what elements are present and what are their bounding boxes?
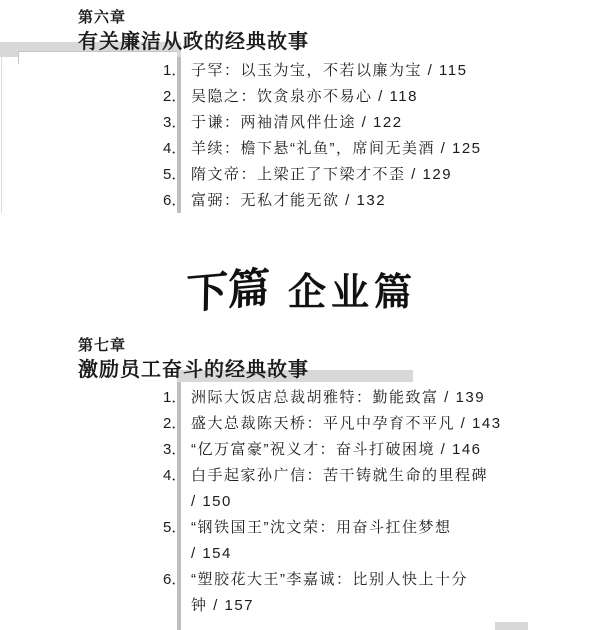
toc-list-chapter-seven: 1． 洲际大饭店总裁胡雅特：勤能致富 / 139 2． 盛大总裁陈天桥：平凡中孕… bbox=[163, 385, 563, 619]
toc-item: 1． 子罕：以玉为宝，不若以廉为宝 / 115 bbox=[163, 58, 563, 84]
chapter-title: 有关廉洁从政的经典故事 bbox=[78, 25, 309, 54]
item-number: 3． bbox=[163, 437, 186, 463]
item-number: 2． bbox=[163, 84, 186, 110]
toc-item: 4． 白手起家孙广信：苦干铸就生命的里程碑 / 150 bbox=[163, 463, 563, 515]
item-number: 6． bbox=[163, 567, 186, 593]
toc-item: 3． 于谦：两袖清风伴仕途 / 122 bbox=[163, 110, 563, 136]
toc-item: 5． 隋文帝：上梁正了下梁才不歪 / 129 bbox=[163, 162, 563, 188]
item-line: “钢铁国王”沈文荣：用奋斗扛住梦想 bbox=[191, 515, 563, 541]
item-line: / 150 bbox=[191, 489, 563, 515]
chapter-label: 第七章 bbox=[78, 334, 126, 355]
toc-item: 4． 羊续：檐下悬“礼鱼”，席间无美酒 / 125 bbox=[163, 136, 563, 162]
toc-item: 1． 洲际大饭店总裁胡雅特：勤能致富 / 139 bbox=[163, 385, 563, 411]
item-line: “塑胶花大王”李嘉诚：比别人快上十分 bbox=[191, 567, 563, 593]
part-divider-script: 下篇 bbox=[186, 254, 271, 322]
item-line: 洲际大饭店总裁胡雅特：勤能致富 / 139 bbox=[191, 385, 563, 411]
toc-item: 6． “塑胶花大王”李嘉诚：比别人快上十分 钟 / 157 bbox=[163, 567, 563, 619]
toc-item: 5． “钢铁国王”沈文荣：用奋斗扛住梦想 / 154 bbox=[163, 515, 563, 567]
item-line: 于谦：两袖清风伴仕途 / 122 bbox=[191, 110, 563, 136]
item-line: 钟 / 157 bbox=[191, 593, 563, 619]
item-number: 5． bbox=[163, 162, 186, 188]
next-section-shadow-peek bbox=[495, 622, 528, 630]
toc-item: 2． 吴隐之：饮贪泉亦不易心 / 118 bbox=[163, 84, 563, 110]
item-number: 2． bbox=[163, 411, 186, 437]
toc-item: 2． 盛大总裁陈天桥：平凡中孕育不平凡 / 143 bbox=[163, 411, 563, 437]
item-number: 4． bbox=[163, 463, 186, 489]
item-line: 富弼：无私才能无欲 / 132 bbox=[191, 188, 563, 214]
toc-page: 第六章 有关廉洁从政的经典故事 1． 子罕：以玉为宝，不若以廉为宝 / 115 … bbox=[0, 0, 600, 630]
item-number: 4． bbox=[163, 136, 186, 162]
part-divider: 下篇 企业篇 bbox=[186, 258, 417, 318]
item-line: 隋文帝：上梁正了下梁才不歪 / 129 bbox=[191, 162, 563, 188]
toc-list-chapter-six: 1． 子罕：以玉为宝，不若以廉为宝 / 115 2． 吴隐之：饮贪泉亦不易心 /… bbox=[163, 58, 563, 214]
chapter-title: 激励员工奋斗的经典故事 bbox=[78, 353, 309, 382]
item-line: 盛大总裁陈天桥：平凡中孕育不平凡 / 143 bbox=[191, 411, 563, 437]
list-left-hairline bbox=[1, 57, 2, 213]
item-number: 3． bbox=[163, 110, 186, 136]
item-line: 羊续：檐下悬“礼鱼”，席间无美酒 / 125 bbox=[191, 136, 563, 162]
part-divider-title: 企业篇 bbox=[288, 261, 417, 316]
item-line: “亿万富豪”祝义才：奋斗打破困境 / 146 bbox=[191, 437, 563, 463]
item-number: 1． bbox=[163, 58, 186, 84]
chapter-label: 第六章 bbox=[78, 6, 126, 27]
toc-item: 6． 富弼：无私才能无欲 / 132 bbox=[163, 188, 563, 214]
item-line: 吴隐之：饮贪泉亦不易心 / 118 bbox=[191, 84, 563, 110]
toc-item: 3． “亿万富豪”祝义才：奋斗打破困境 / 146 bbox=[163, 437, 563, 463]
item-line: 子罕：以玉为宝，不若以廉为宝 / 115 bbox=[191, 58, 563, 84]
item-line: / 154 bbox=[191, 541, 563, 567]
item-number: 1． bbox=[163, 385, 186, 411]
item-number: 6． bbox=[163, 188, 186, 214]
item-number: 5． bbox=[163, 515, 186, 541]
item-line: 白手起家孙广信：苦干铸就生命的里程碑 bbox=[191, 463, 563, 489]
